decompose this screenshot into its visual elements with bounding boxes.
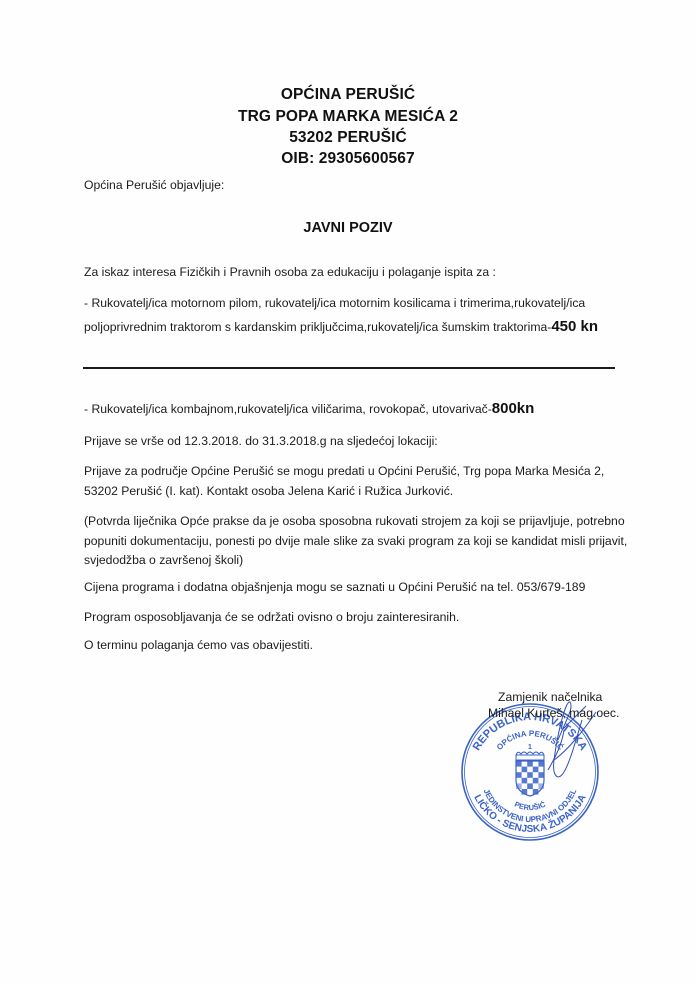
seal-number: 1 [528, 744, 532, 751]
signature-name: Mihael Kurteš, mag.oec. [488, 706, 619, 720]
header-oib: OIB: 29305600567 [0, 150, 696, 168]
item1-line2: poljoprivrednim traktorom s kardanskim p… [84, 318, 598, 335]
signature-role: Zamjenik načelnika [498, 690, 602, 704]
location-line2: 53202 Perušić (I. kat). Kontakt osoba Je… [84, 484, 453, 498]
official-seal: REPUBLIKA HRVATSKA OPĆINA PERUŠIĆ LIČKO … [458, 700, 602, 844]
program-note-text: Program osposobljavanja će se održati ov… [84, 610, 459, 624]
dates-text: Prijave se vrše od 12.3.2018. do 31.3.20… [84, 434, 438, 448]
docs-line3: svjedodžba o završenoj školi) [84, 553, 243, 567]
interest-text: Za iskaz interesa Fizičkih i Pravnih oso… [84, 265, 496, 279]
notice-text: O terminu polaganja ćemo vas obavijestit… [84, 638, 313, 652]
header-address: TRG POPA MARKA MESIĆA 2 [0, 108, 696, 126]
docs-line1: (Potvrda liječnika Opće prakse da je oso… [84, 514, 625, 528]
item2-price: 800kn [492, 400, 535, 417]
coat-of-arms-icon [516, 752, 544, 796]
horizontal-rule [83, 367, 615, 369]
item1-text: poljoprivrednim traktorom s kardanskim p… [84, 320, 551, 334]
item2: - Rukovatelj/ica kombajnom,rukovatelj/ic… [84, 400, 534, 417]
item2-text: - Rukovatelj/ica kombajnom,rukovatelj/ic… [84, 402, 492, 416]
location-line1: Prijave za područje Općine Perušić se mo… [84, 464, 604, 478]
price-info-text: Cijena programa i dodatna objašnjenja mo… [84, 580, 585, 594]
document-title: JAVNI POZIV [0, 220, 696, 236]
seal-inner-bottom-text: PERUŠIĆ [513, 799, 547, 812]
docs-line2: popuniti dokumentaciju, ponesti po dvije… [84, 534, 627, 548]
intro-text: Općina Perušić objavljuje: [84, 178, 224, 192]
header-postal: 53202 PERUŠIĆ [0, 129, 696, 147]
item1-line1: - Rukovatelj/ica motornom pilom, rukovat… [84, 296, 585, 310]
item1-price: 450 kn [551, 318, 598, 335]
document-page: OPĆINA PERUŠIĆ TRG POPA MARKA MESIĆA 2 5… [0, 0, 696, 984]
header-municipality: OPĆINA PERUŠIĆ [0, 86, 696, 104]
